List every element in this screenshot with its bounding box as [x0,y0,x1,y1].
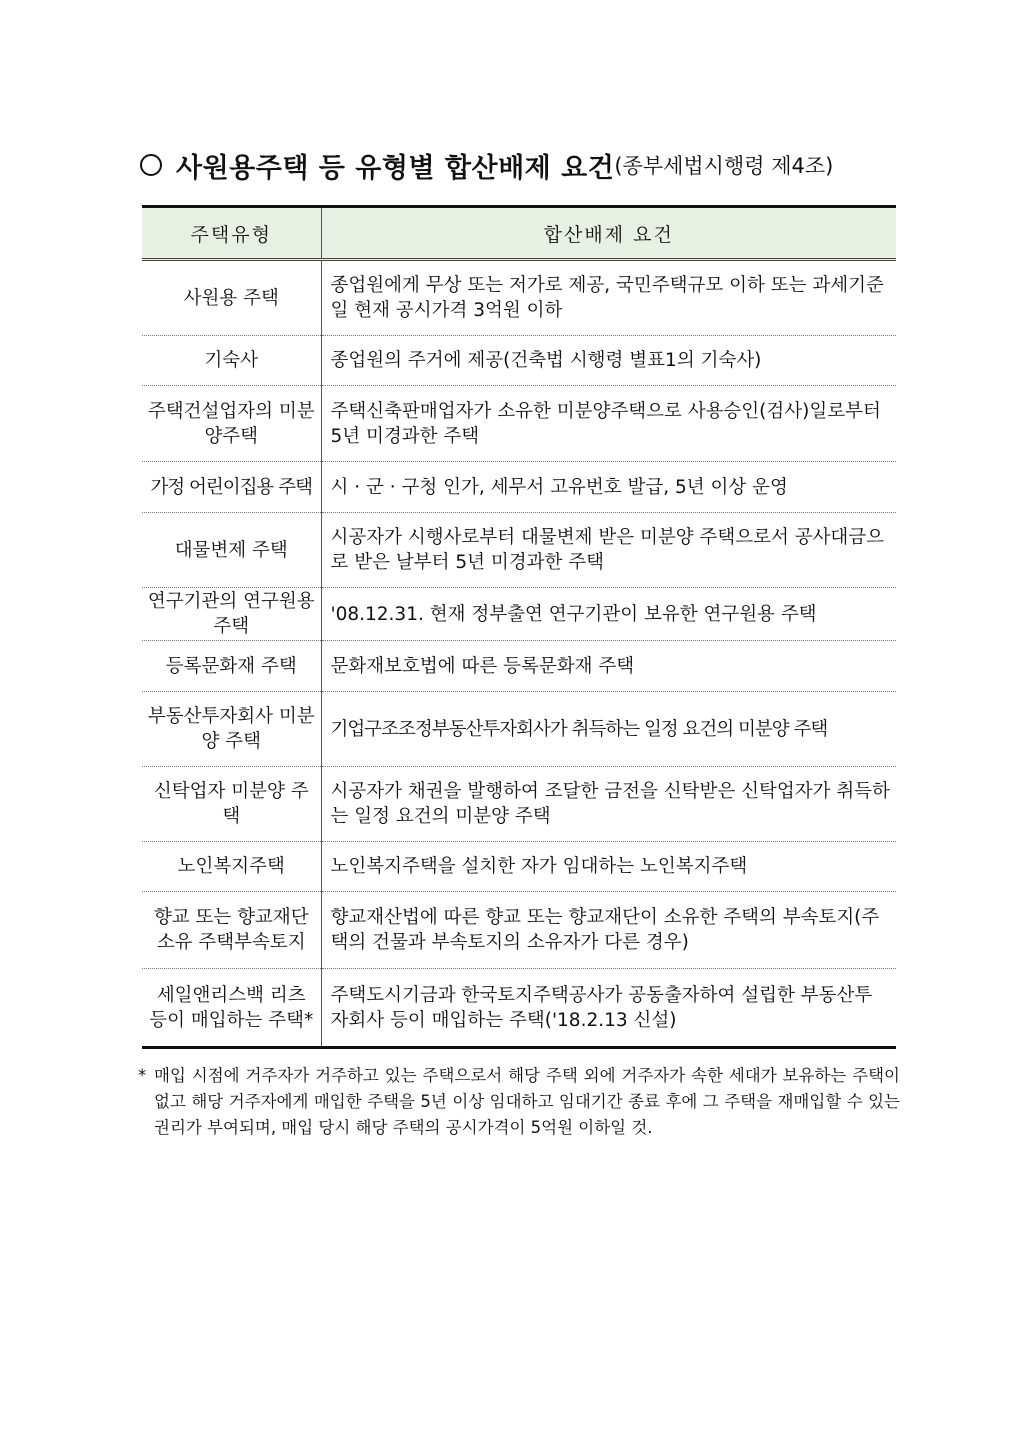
footnote-marker: * [138,1063,146,1089]
housing-type-cell: 가정 어린이집용 주택 [142,462,321,513]
header-requirements: 합산배제 요건 [321,207,896,260]
table-row: 연구기관의 연구원용 주택'08.12.31. 현재 정부출연 연구기관이 보유… [142,588,896,641]
footnote-text: 매입 시점에 거주자가 거주하고 있는 주택으로서 해당 주택 외에 거주자가 … [154,1063,900,1141]
requirement-cell: 향교재산법에 따른 향교 또는 향교재단이 소유한 주택의 부속토지(주택의 건… [321,892,896,969]
section-title: 사원용주택 등 유형별 합산배제 요건 (종부세법시행령 제4조) [140,143,920,187]
requirement-cell: 시 · 군 · 구청 인가, 세무서 고유번호 발급, 5년 이상 운영 [321,462,896,513]
requirement-cell: 주택신축판매업자가 소유한 미분양주택으로 사용승인(검사)일로부터 5년 미경… [321,386,896,462]
table-row: 사원용 주택종업원에게 무상 또는 저가로 제공, 국민주택규모 이하 또는 과… [142,260,896,336]
housing-type-cell: 주택건설업자의 미분양주택 [142,386,321,462]
housing-type-cell: 연구기관의 연구원용 주택 [142,588,321,641]
housing-type-cell: 노인복지주택 [142,842,321,892]
housing-type-cell: 대물변제 주택 [142,513,321,588]
housing-type-cell: 기숙사 [142,336,321,386]
exclusion-requirements-table: 주택유형 합산배제 요건 사원용 주택종업원에게 무상 또는 저가로 제공, 국… [142,205,896,1049]
table-row: 대물변제 주택시공자가 시행사로부터 대물변제 받은 미분양 주택으로서 공사대… [142,513,896,588]
requirement-cell: 주택도시기금과 한국토지주택공사가 공동출자하여 설립한 부동산투자회사 등이 … [321,969,896,1048]
requirement-cell: 노인복지주택을 설치한 자가 임대하는 노인복지주택 [321,842,896,892]
table-row: 부동산투자회사 미분양 주택기업구조조정부동산투자회사가 취득하는 일정 요건의… [142,692,896,767]
housing-type-cell: 신탁업자 미분양 주택 [142,767,321,842]
housing-type-cell: 향교 또는 향교재단소유 주택부속토지 [142,892,321,969]
housing-type-cell: 세일앤리스백 리츠 등이 매입하는 주택* [142,969,321,1048]
requirement-cell: 종업원의 주거에 제공(건축법 시행령 별표1의 기숙사) [321,336,896,386]
requirement-cell: 기업구조조정부동산투자회사가 취득하는 일정 요건의 미분양 주택 [321,692,896,767]
footnote: * 매입 시점에 거주자가 거주하고 있는 주택으로서 해당 주택 외에 거주자… [138,1063,900,1141]
requirement-cell: 문화재보호법에 따른 등록문화재 주택 [321,641,896,692]
table-row: 등록문화재 주택문화재보호법에 따른 등록문화재 주택 [142,641,896,692]
table-row: 노인복지주택노인복지주택을 설치한 자가 임대하는 노인복지주택 [142,842,896,892]
housing-type-cell: 등록문화재 주택 [142,641,321,692]
title-subtitle: (종부세법시행령 제4조) [614,150,833,180]
header-housing-type: 주택유형 [142,207,321,260]
table-row: 향교 또는 향교재단소유 주택부속토지향교재산법에 따른 향교 또는 향교재단이… [142,892,896,969]
requirement-cell: '08.12.31. 현재 정부출연 연구기관이 보유한 연구원용 주택 [321,588,896,641]
housing-type-cell: 사원용 주택 [142,260,321,336]
table-row: 신탁업자 미분양 주택시공자가 채권을 발행하여 조달한 금전을 신탁받은 신탁… [142,767,896,842]
table-row: 세일앤리스백 리츠 등이 매입하는 주택*주택도시기금과 한국토지주택공사가 공… [142,969,896,1048]
table-row: 가정 어린이집용 주택시 · 군 · 구청 인가, 세무서 고유번호 발급, 5… [142,462,896,513]
housing-type-cell: 부동산투자회사 미분양 주택 [142,692,321,767]
circle-bullet-icon [140,154,162,176]
requirement-cell: 종업원에게 무상 또는 저가로 제공, 국민주택규모 이하 또는 과세기준일 현… [321,260,896,336]
table-header-row: 주택유형 합산배제 요건 [142,207,896,260]
requirement-cell: 시공자가 채권을 발행하여 조달한 금전을 신탁받은 신탁업자가 취득하는 일정… [321,767,896,842]
requirement-cell: 시공자가 시행사로부터 대물변제 받은 미분양 주택으로서 공사대금으로 받은 … [321,513,896,588]
title-main: 사원용주택 등 유형별 합산배제 요건 [176,146,614,185]
table-row: 주택건설업자의 미분양주택주택신축판매업자가 소유한 미분양주택으로 사용승인(… [142,386,896,462]
table-row: 기숙사종업원의 주거에 제공(건축법 시행령 별표1의 기숙사) [142,336,896,386]
